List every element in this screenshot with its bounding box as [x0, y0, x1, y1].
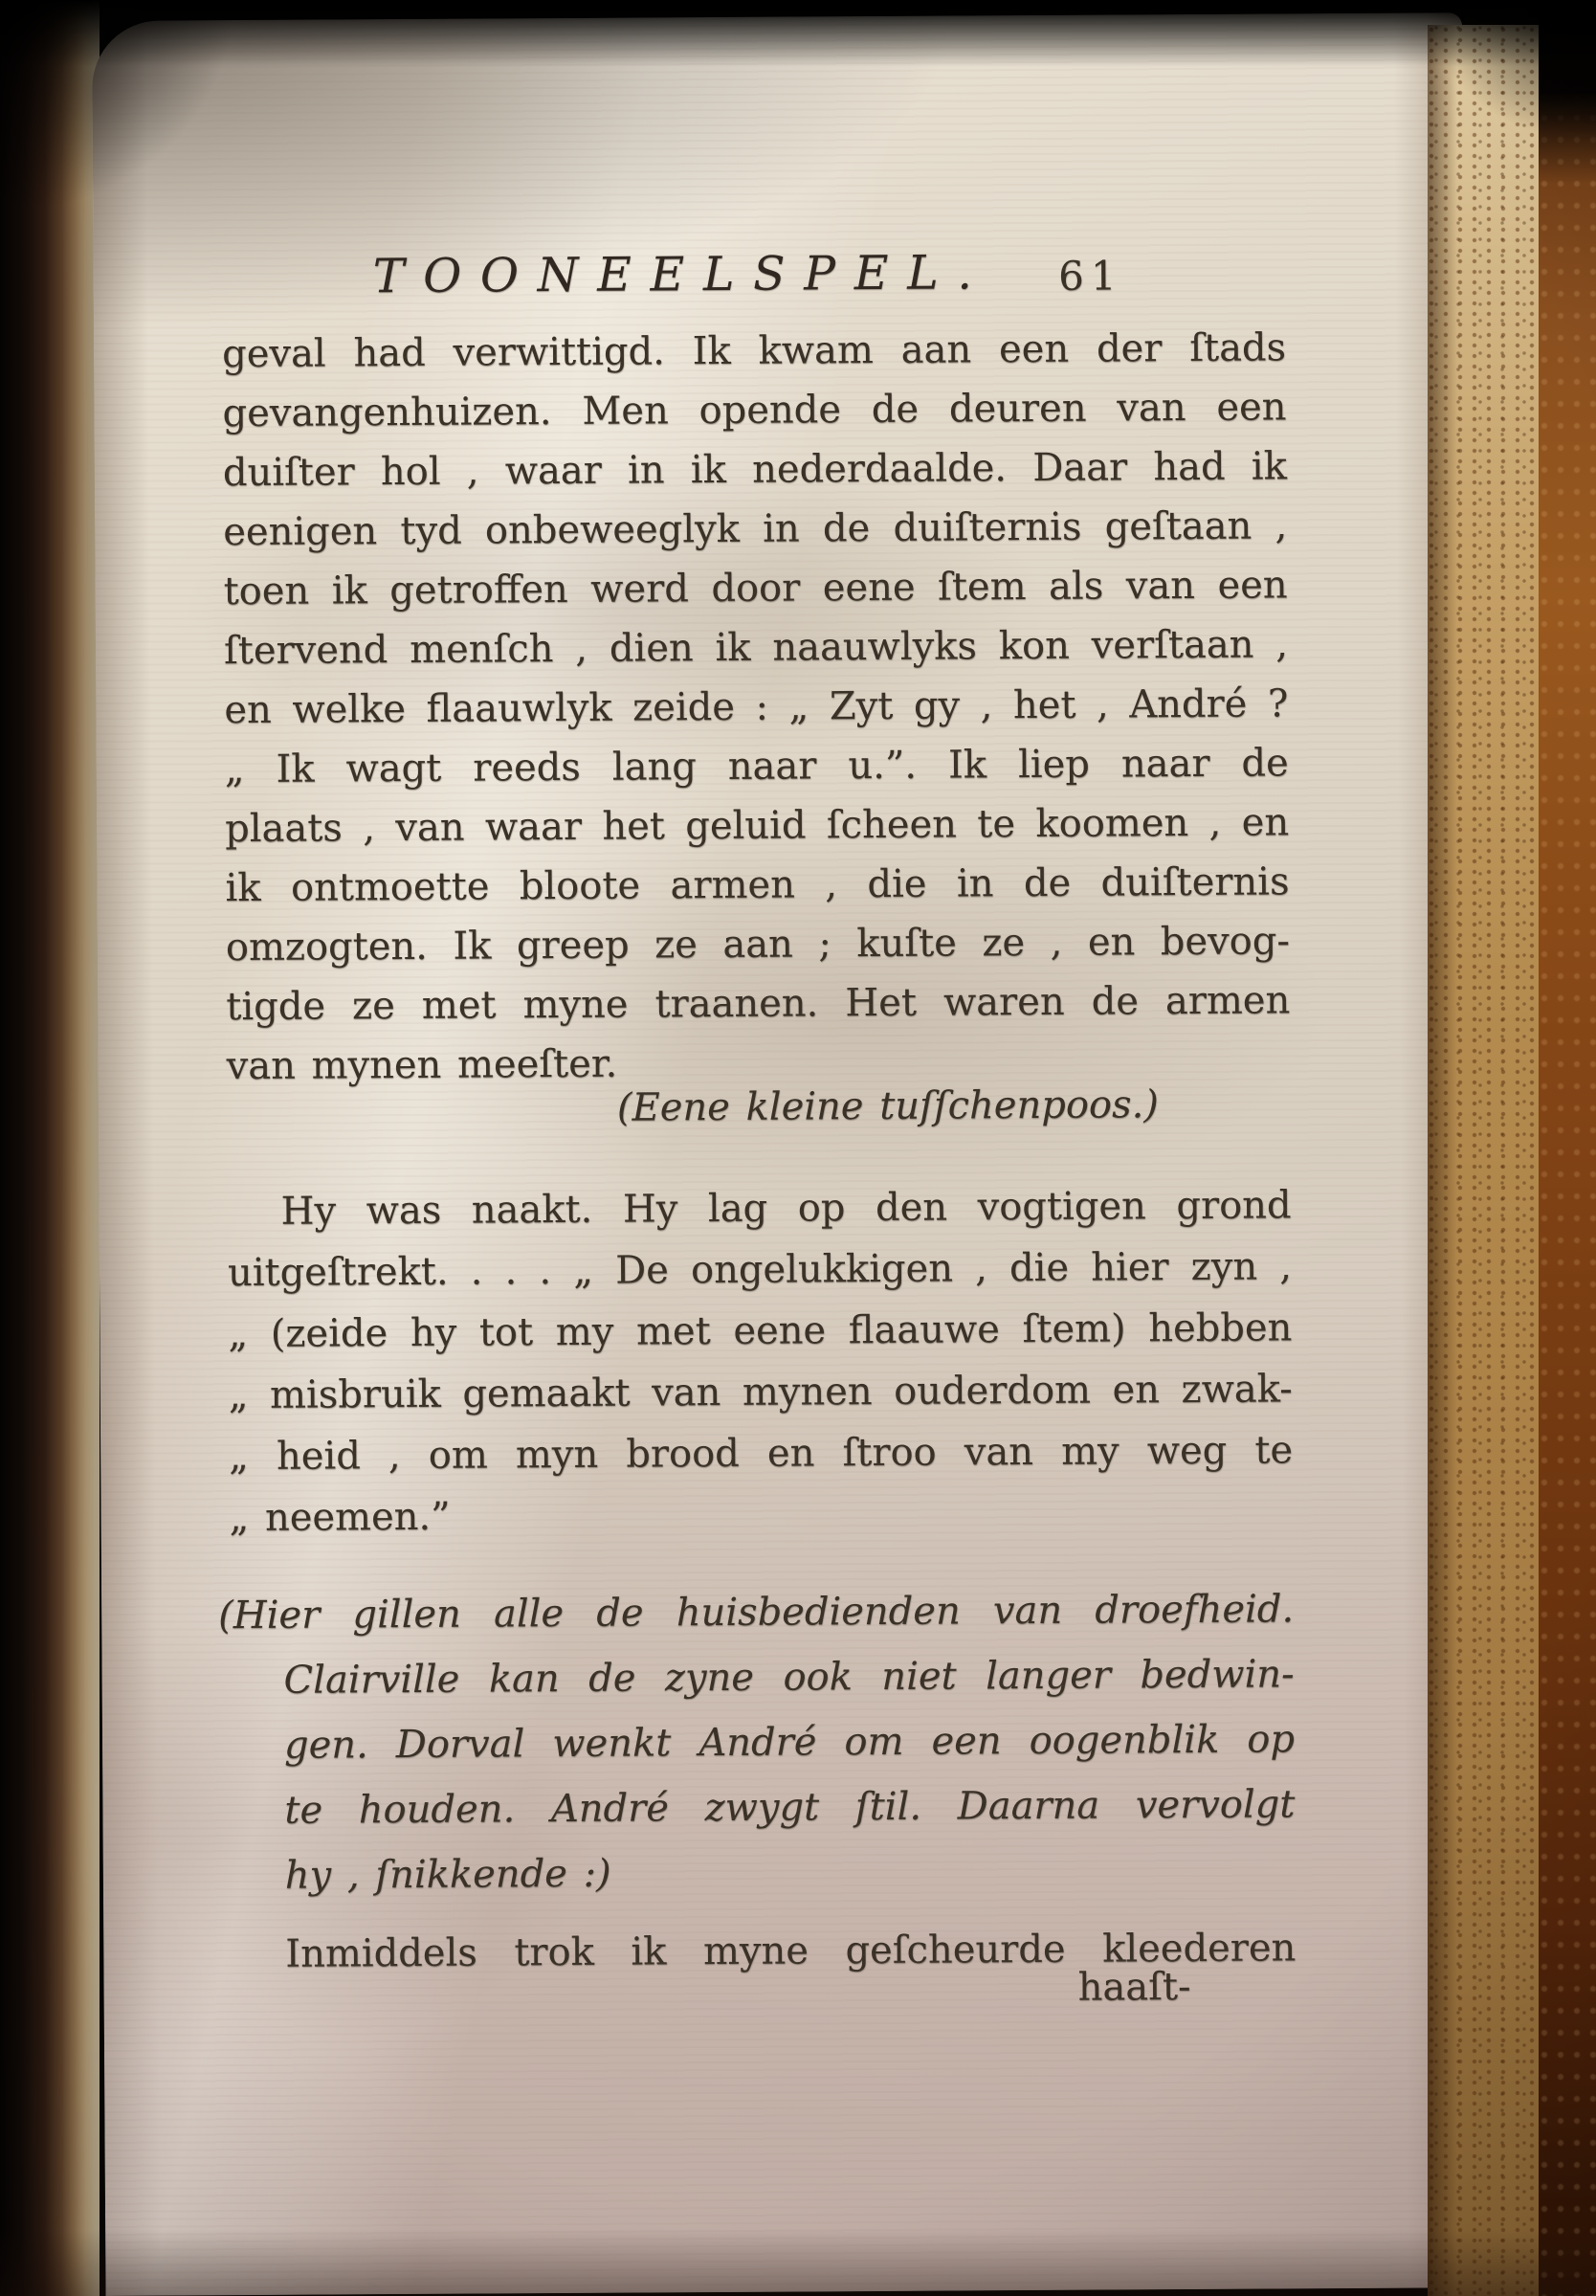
page-number: 61: [1058, 246, 1123, 305]
text-line: ik ontmoette bloote armen , die in de du…: [225, 852, 1289, 918]
text-line: plaats , van waar het geluid ſcheen te k…: [225, 792, 1289, 858]
text-line: tigde ze met myne traanen. Het waren de …: [226, 970, 1290, 1037]
book-page: TOONEELSPEL. 61 geval had verwittigd. Ik…: [92, 12, 1475, 2296]
text-line: „ misbruik gemaakt van mynen ouderdom en…: [229, 1358, 1293, 1426]
text-line: eenigen tyd onbeweeglyk in de duiſternis…: [223, 496, 1287, 562]
text-line: ſtervend menſch , dien ik naauwlyks kon …: [224, 614, 1288, 680]
text-line: „ neemen.”: [229, 1481, 1293, 1549]
stage-direction-1: (Eene kleine tuſſchenpoos.): [227, 1074, 1291, 1140]
text-line: „ heid , om myn brood en ſtroo van my we…: [229, 1419, 1293, 1487]
text-line: Hy was naakt. Hy lag op den vogtigen gro…: [227, 1174, 1291, 1242]
text-line: geval had verwittigd. Ik kwam aan een de…: [222, 318, 1286, 384]
printed-text-block: TOONEELSPEL. 61 geval had verwittigd. Ik…: [221, 241, 1285, 317]
book-spine-edge: [0, 0, 100, 2296]
text-line: „ (zeide hy tot my met eene flaauwe ſtem…: [228, 1297, 1292, 1365]
text-line: uitgeſtrekt. . . . „ De ongelukkigen , d…: [228, 1236, 1292, 1304]
book-photo: TOONEELSPEL. 61 geval had verwittigd. Ik…: [0, 0, 1596, 2296]
catchword: haaſt-: [1078, 1957, 1191, 2017]
text-line: te houden. André zwygt ſtil. Daarna verv…: [231, 1772, 1295, 1843]
text-line: en welke flaauwlyk zeide : „ Zyt gy , he…: [224, 674, 1288, 740]
text-line: (Hier gillen alle de huisbedienden van d…: [218, 1576, 1294, 1648]
text-line: gen. Dorval wenkt André om een oogenblik…: [231, 1706, 1295, 1778]
text-line: omzogten. Ik greep ze aan ; kuſte ze , e…: [226, 911, 1290, 977]
text-line: gevangenhuizen. Men opende de deuren van…: [222, 377, 1286, 443]
paragraph-2: Hy was naakt. Hy lag op den vogtigen gro…: [227, 1174, 1293, 1549]
page-title: TOONEELSPEL.: [373, 245, 991, 303]
page-fore-edge: [1428, 25, 1541, 2296]
running-header: TOONEELSPEL. 61: [221, 241, 1285, 317]
text-line: duiſter hol , waar in ik nederdaalde. Da…: [223, 436, 1287, 502]
text-line: Clairville kan de zyne ook niet langer b…: [230, 1641, 1294, 1713]
text-line: toen ik getroffen werd door eene ſtem al…: [223, 555, 1287, 621]
text-line: hy , ſnikkende :): [232, 1837, 1296, 1908]
book-cover-edge: [1539, 0, 1596, 2296]
stage-direction-2: (Hier gillen alle de huisbedienden van d…: [230, 1576, 1296, 1908]
text-line: „ Ik wagt reeds lang naar u.”. Ik liep n…: [225, 733, 1289, 799]
paragraph-1: geval had verwittigd. Ik kwam aan een de…: [222, 318, 1291, 1096]
